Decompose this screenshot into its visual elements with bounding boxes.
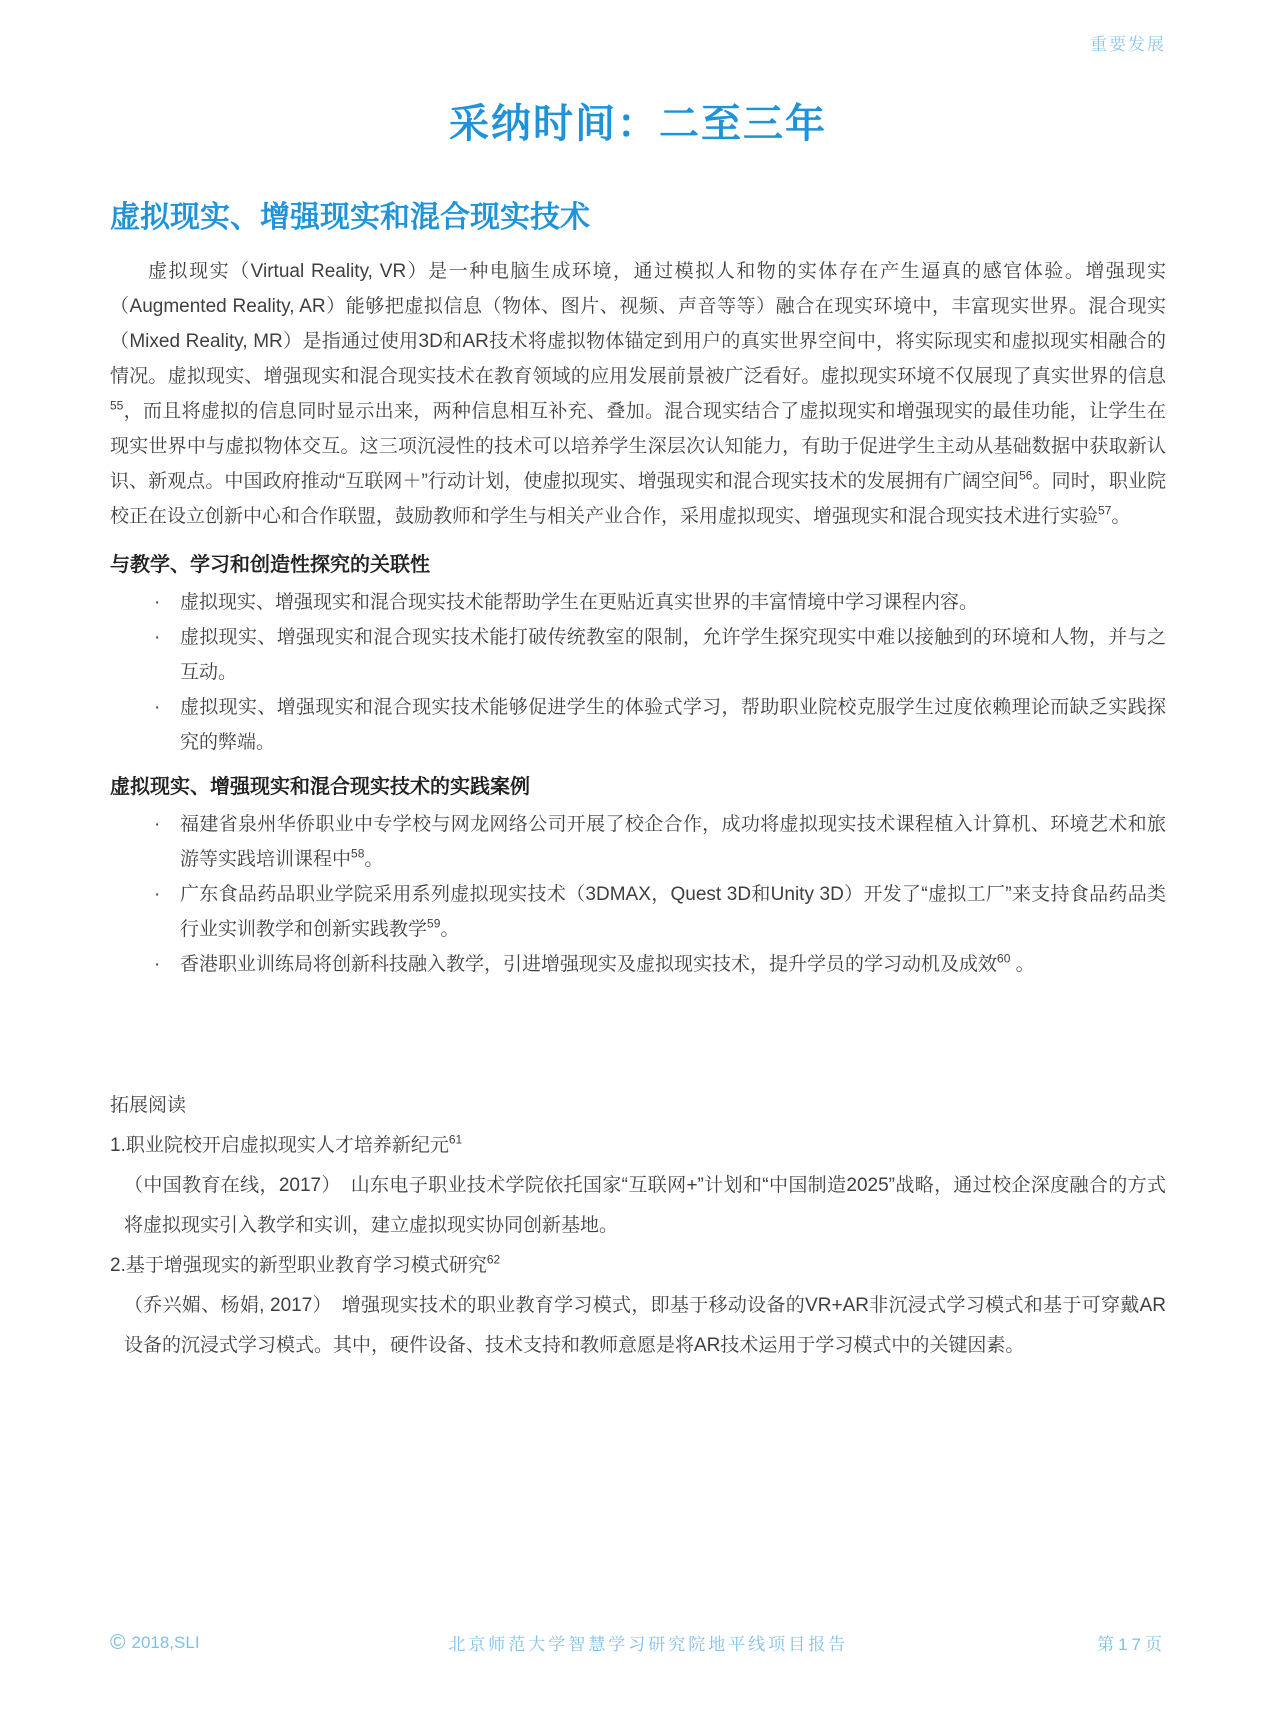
footer-copyright: © 2018,SLI	[110, 1632, 200, 1653]
footer-report-title: 北京师范大学智慧学习研究院地平线项目报告	[448, 1630, 848, 1655]
practice-list: · 福建省泉州华侨职业中专学校与网龙网络公司开展了校企合作，成功将虚拟现实技术课…	[110, 807, 1166, 982]
footer-copyright-text: 2018,SLI	[131, 1633, 199, 1653]
bullet-icon: ·	[154, 585, 160, 620]
header-tag: 重要发展	[1090, 30, 1166, 55]
bullet-icon: ·	[154, 690, 160, 725]
further-reading-heading: 拓展阅读	[110, 1086, 1166, 1126]
relevance-heading: 与教学、学习和创造性探究的关联性	[110, 548, 1166, 583]
reading-entry-title: 1.职业院校开启虚拟现实人才培养新纪元61	[110, 1126, 1166, 1166]
reading-entry-body: （中国教育在线，2017） 山东电子职业技术学院依托国家“互联网+”计划和“中国…	[110, 1166, 1166, 1246]
list-item: · 福建省泉州华侨职业中专学校与网龙网络公司开展了校企合作，成功将虚拟现实技术课…	[110, 807, 1166, 877]
page-footer: © 2018,SLI 北京师范大学智慧学习研究院地平线项目报告 第17页	[110, 1630, 1166, 1655]
practice-heading: 虚拟现实、增强现实和混合现实技术的实践案例	[110, 770, 1166, 805]
page-title: 采纳时间：二至三年	[110, 0, 1166, 148]
page-content: 采纳时间：二至三年 虚拟现实、增强现实和混合现实技术 虚拟现实（Virtual …	[110, 0, 1166, 1366]
intro-paragraph: 虚拟现实（Virtual Reality, VR）是一种电脑生成环境，通过模拟人…	[110, 254, 1166, 534]
footer-page-number: 第17页	[1097, 1630, 1166, 1655]
list-item: · 虚拟现实、增强现实和混合现实技术能帮助学生在更贴近真实世界的丰富情境中学习课…	[110, 585, 1166, 620]
bullet-icon: ·	[154, 877, 160, 912]
copyright-icon: ©	[110, 1632, 125, 1653]
list-item: · 香港职业训练局将创新科技融入教学，引进增强现实及虚拟现实技术，提升学员的学习…	[110, 947, 1166, 982]
list-item: · 虚拟现实、增强现实和混合现实技术能打破传统教室的限制，允许学生探究现实中难以…	[110, 620, 1166, 690]
bullet-icon: ·	[154, 807, 160, 842]
bullet-icon: ·	[154, 620, 160, 655]
list-item: · 虚拟现实、增强现实和混合现实技术能够促进学生的体验式学习，帮助职业院校克服学…	[110, 690, 1166, 760]
relevance-list: · 虚拟现实、增强现实和混合现实技术能帮助学生在更贴近真实世界的丰富情境中学习课…	[110, 585, 1166, 760]
list-item-text: 香港职业训练局将创新科技融入教学，引进增强现实及虚拟现实技术，提升学员的学习动机…	[180, 954, 1035, 975]
further-reading-section: 拓展阅读 1.职业院校开启虚拟现实人才培养新纪元61 （中国教育在线，2017）…	[110, 1086, 1166, 1366]
bullet-icon: ·	[154, 947, 160, 982]
section-title: 虚拟现实、增强现实和混合现实技术	[110, 200, 1166, 236]
list-item-text: 虚拟现实、增强现实和混合现实技术能打破传统教室的限制，允许学生探究现实中难以接触…	[180, 627, 1166, 683]
list-item-text: 广东食品药品职业学院采用系列虚拟现实技术（3DMAX，Quest 3D和Unit…	[180, 884, 1166, 940]
reading-entry-body: （乔兴媚、杨娟, 2017） 增强现实技术的职业教育学习模式，即基于移动设备的V…	[110, 1286, 1166, 1366]
list-item: · 广东食品药品职业学院采用系列虚拟现实技术（3DMAX，Quest 3D和Un…	[110, 877, 1166, 947]
list-item-text: 虚拟现实、增强现实和混合现实技术能够促进学生的体验式学习，帮助职业院校克服学生过…	[180, 697, 1166, 753]
reading-entry-title: 2.基于增强现实的新型职业教育学习模式研究62	[110, 1246, 1166, 1286]
list-item-text: 福建省泉州华侨职业中专学校与网龙网络公司开展了校企合作，成功将虚拟现实技术课程植…	[180, 814, 1166, 870]
list-item-text: 虚拟现实、增强现实和混合现实技术能帮助学生在更贴近真实世界的丰富情境中学习课程内…	[180, 592, 978, 613]
